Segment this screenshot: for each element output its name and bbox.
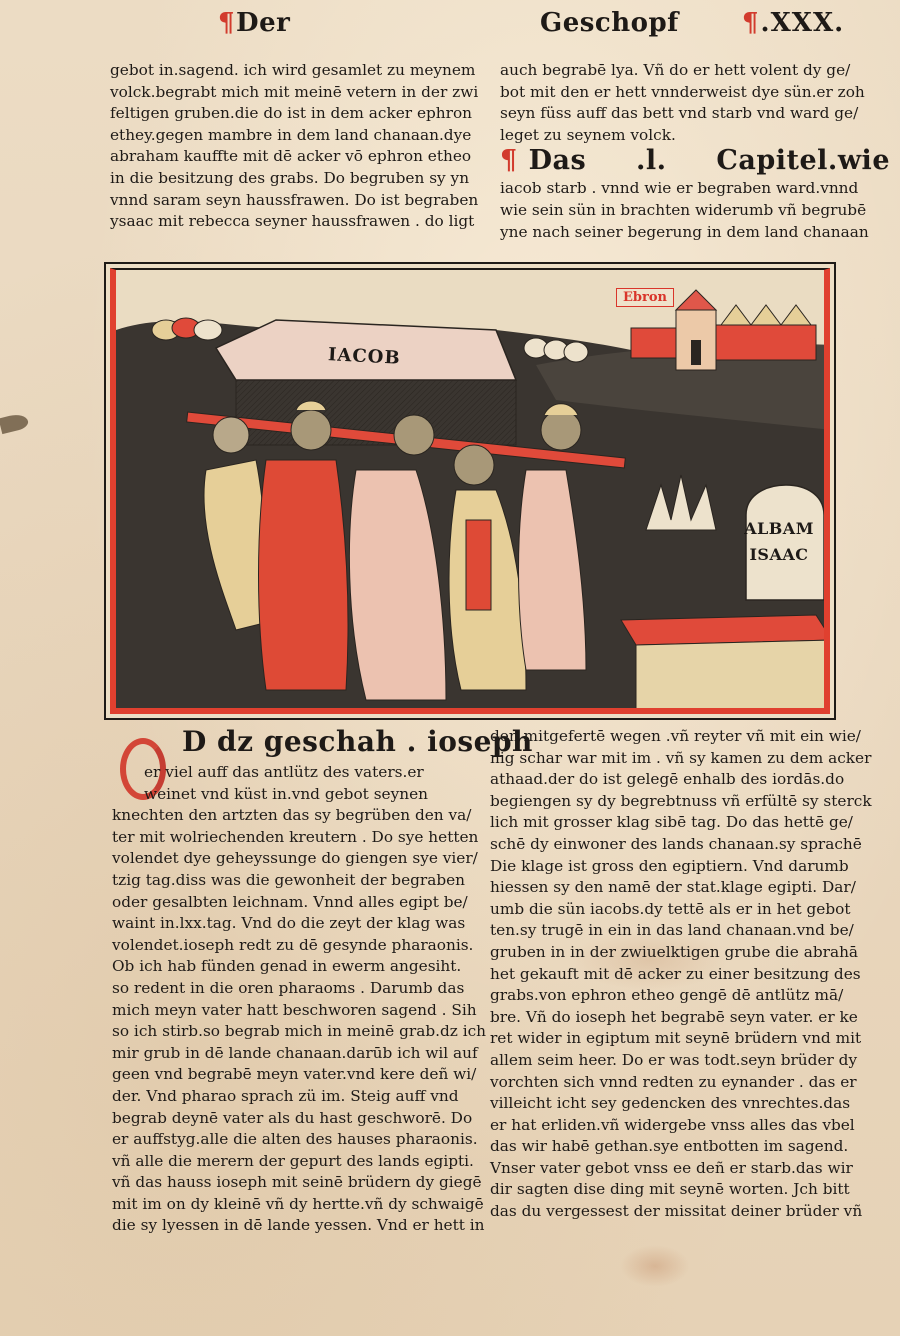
text-line: er hat erliden.vñ widergebe vnss alles d… — [490, 1115, 872, 1137]
text-line: mir grub in dē lande chanaan.darūb ich w… — [112, 1043, 533, 1065]
text-line: tzig tag.diss was die gewonheit der begr… — [112, 870, 533, 892]
text-line: der. Vnd pharao sprach zü im. Steig auff… — [112, 1086, 533, 1108]
text-line: abraham kauffte mit dē acker vō ephron e… — [110, 146, 478, 168]
burial-of-jacob-scene — [116, 270, 830, 710]
text-line: das wir habē gethan.sye entbotten im sag… — [490, 1136, 872, 1158]
coffin-inscription: IACOB — [328, 344, 402, 369]
text-line: mit im on dy kleinē vñ dy hertte.vñ dy s… — [112, 1194, 533, 1216]
text-line: lich mit grosser klag sibē tag. Do das h… — [490, 812, 872, 834]
opening-line: D dz geschah . ioseph — [112, 726, 533, 762]
running-head: ¶Der Geschopf ¶.XXX. — [0, 8, 900, 48]
text-column-top-left: gebot in.sagend. ich wird gesamlet zu me… — [110, 60, 478, 233]
text-line: geen vnd begrabē meyn vater.vnd kere deñ… — [112, 1064, 533, 1086]
woodcut-frame: Ebron IACOB ALBAM ISAAC — [110, 268, 830, 714]
text-line: nig schar war mit im . vñ sy kamen zu de… — [490, 748, 872, 770]
text-line: begiengen sy dy begrebtnuss vñ erfültē s… — [490, 791, 872, 813]
text-line: volendet dye geheyssunge do giengen sye … — [112, 848, 533, 870]
text-line: vnnd saram seyn haussfrawen. Do ist begr… — [110, 190, 478, 212]
text-line: oder gesalbten leichnam. Vnnd alles egip… — [112, 892, 533, 914]
rubric-pilcrow-icon: ¶ — [500, 145, 518, 176]
text-line: er auffstyg.alle die alten des hauses ph… — [112, 1129, 533, 1151]
text-line: gebot in.sagend. ich wird gesamlet zu me… — [110, 60, 478, 82]
rubric-pilcrow-icon: ¶ — [742, 8, 760, 38]
text-line: vñ das hauss ioseph mit seinē brüdern dy… — [112, 1172, 533, 1194]
text-line: ret wider in egiptum mit seynē brüdern v… — [490, 1028, 872, 1050]
foxing-stain — [620, 1245, 690, 1287]
chapter-summary-line: iacob starb . vnnd wie er begraben ward.… — [500, 178, 890, 200]
text-line: vñ alle die merern der gepurt des lands … — [112, 1151, 533, 1173]
text-line: dir sagten dise ding mit seynē worten. J… — [490, 1179, 872, 1201]
text-line: schē dy einwoner des lands chanaan.sy sp… — [490, 834, 872, 856]
chapter-summary-line: wie sein sün in brachten widerumb vñ beg… — [500, 200, 890, 222]
text-line: feltigen gruben.die do ist in dem acker … — [110, 103, 478, 125]
text-line: grabs.von ephron etheo gengē dē antlütz … — [490, 985, 872, 1007]
text-line: bre. Vñ do ioseph het begrabē seyn vater… — [490, 1007, 872, 1029]
text-line: das du vergessest der missitat deiner br… — [490, 1201, 872, 1223]
woodcut-illustration: Ebron IACOB ALBAM ISAAC — [104, 262, 836, 720]
text-column-bottom-right: den mitgefertē wegen .vñ reyter vñ mit e… — [490, 726, 872, 1223]
text-line: villeicht icht sey gedencken des vnrecht… — [490, 1093, 872, 1115]
text-line: begrab deynē vater als du hast geschworē… — [112, 1108, 533, 1130]
text-line: ysaac mit rebecca seyner haussfrawen . d… — [110, 211, 478, 233]
text-column-top-right: auch begrabē lya. Vñ do er hett volent d… — [500, 60, 890, 243]
text-line: in die besitzung des grabs. Do begruben … — [110, 168, 478, 190]
text-line: ten.sy trugē in ein in das land chanaan.… — [490, 920, 872, 942]
text-line: knechten den artzten das sy begrüben den… — [112, 805, 533, 827]
text-line: mich meyn vater hatt beschworen sagend .… — [112, 1000, 533, 1022]
text-line: ethey.gegen mambre in dem land chanaan.d… — [110, 125, 478, 147]
running-head-title: Geschopf — [540, 8, 679, 38]
text-line: gruben in in der zwiuelktigen grube die … — [490, 942, 872, 964]
tomb-inscription: ALBAM ISAAC — [744, 516, 814, 568]
text-column-bottom-left: D dz geschah . ioseph er viel auff das a… — [112, 726, 533, 1237]
text-line: hiessen sy den namē der stat.klage egipt… — [490, 877, 872, 899]
text-line: Vnser vater gebot vnss ee deñ er starb.d… — [490, 1158, 872, 1180]
text-line: het gekauft mit dē acker zu einer besitz… — [490, 964, 872, 986]
text-line: so ich stirb.so begrab mich in meinē gra… — [112, 1021, 533, 1043]
text-line: leget zu seynem volck. — [500, 125, 890, 147]
text-line: seyn füss auff das bett vnd starb vnd wa… — [500, 103, 890, 125]
chapter-number: .l. — [636, 145, 667, 176]
text-line: den mitgefertē wegen .vñ reyter vñ mit e… — [490, 726, 872, 748]
rubric-pilcrow-icon: ¶ — [218, 8, 235, 38]
text-line: die sy lyessen in dē lande yessen. Vnd e… — [112, 1215, 533, 1237]
text-line: so redent in die oren pharaoms . Darumb … — [112, 978, 533, 1000]
folio-number: ¶.XXX. — [742, 8, 844, 38]
text-line: allem seim heer. Do er was todt.seyn brü… — [490, 1050, 872, 1072]
text-line: Ob ich hab fünden genad in ewerm angesih… — [112, 956, 533, 978]
text-line: vorchten sich vnnd redten zu eynander . … — [490, 1072, 872, 1094]
chapter-heading: ¶ Das .l. Capitel.wie — [500, 146, 890, 178]
text-line: ter mit wolriechenden kreutern . Do sye … — [112, 827, 533, 849]
chapter-summary-line: yne nach seiner begerung in dem land cha… — [500, 222, 890, 244]
text-line: volendet.ioseph redt zu dē gesynde phara… — [112, 935, 533, 957]
text-line: umb die sün iacobs.dy tettē als er in he… — [490, 899, 872, 921]
text-line: athaad.der do ist gelegē enhalb des iord… — [490, 769, 872, 791]
text-line: bot mit den er hett vnnderweist dye sün.… — [500, 82, 890, 104]
text-line: er viel auff das antlütz des vaters.er — [112, 762, 533, 784]
text-line: auch begrabē lya. Vñ do er hett volent d… — [500, 60, 890, 82]
text-line: Die klage ist gross den egiptiern. Vnd d… — [490, 856, 872, 878]
text-line: volck.begrabt mich mit meinē vetern in d… — [110, 82, 478, 104]
place-label-ebron: Ebron — [616, 288, 674, 307]
text-line: waint in.lxx.tag. Vnd do die zeyt der kl… — [112, 913, 533, 935]
running-head-left: ¶Der — [218, 8, 290, 38]
text-line: weinet vnd küst in.vnd gebot seynen — [112, 784, 533, 806]
